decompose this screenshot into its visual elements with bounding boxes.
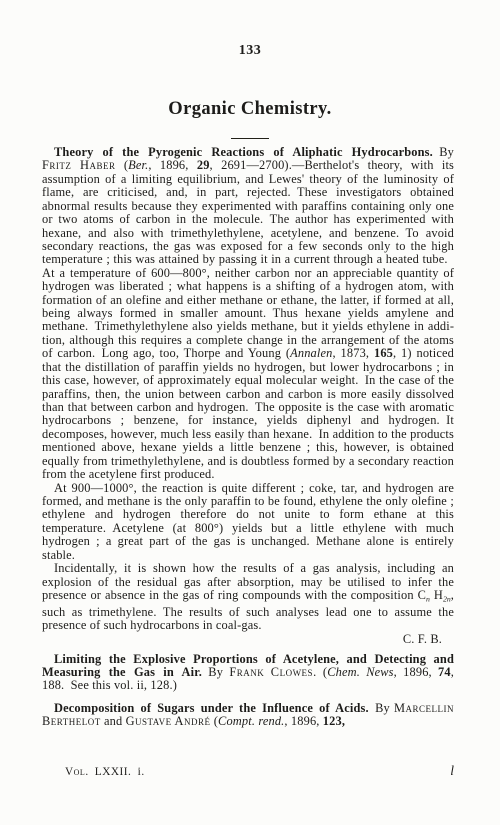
article1-by-label: By	[433, 145, 454, 159]
article3-author-2: Gustave André	[126, 714, 211, 728]
article3-citation-year: , 1896,	[284, 714, 322, 728]
article1-title: Theory of the Pyrogenic Reactions of Ali…	[54, 145, 433, 159]
article1-abstractor-initials: C. F. B.	[42, 633, 454, 646]
article2-by-label: By	[202, 665, 229, 679]
volume-signature: Vol. LXXII. i.	[65, 766, 145, 778]
article1-annalen-volume: 165	[374, 346, 393, 360]
article2-paragraph: Limiting the Explosive Proportions of Ac…	[42, 653, 454, 693]
article1-paragraph-3-run-2: H	[430, 588, 443, 602]
volume-label: Vol. LXXII.	[65, 766, 131, 778]
journal-page: 133 Organic Chemistry. Theory of the Pyr…	[0, 0, 500, 825]
article2-author: Frank Clowes.	[229, 665, 316, 679]
article3-journal-volume: 123,	[323, 714, 345, 728]
article1-paragraph-3: Incidentally, it is shown how the result…	[42, 562, 454, 633]
article1-journal-volume: 29	[197, 158, 210, 172]
page-number: 133	[0, 43, 500, 59]
formula-subscript-2n: 2n	[443, 594, 451, 603]
page-footer: Vol. LXXII. i. l	[65, 763, 454, 779]
article1-journal-name-annalen: Annalen	[290, 346, 332, 360]
article3-author-conjunction: and	[101, 714, 126, 728]
article1-paragraph-2: At 900—1000°, the reaction is quite diff…	[42, 482, 454, 563]
article2-citation-open: (	[317, 665, 328, 679]
article1-author: Fritz Haber	[42, 158, 116, 172]
article1-opening-paragraph: Theory of the Pyrogenic Reactions of Ali…	[42, 146, 454, 482]
article1-citation-open: (	[116, 158, 129, 172]
article2-journal-volume: 74	[438, 665, 451, 679]
article3-by-label: By	[369, 701, 394, 715]
page-content: Theory of the Pyrogenic Reactions of Ali…	[42, 146, 454, 729]
article1-paragraph-2-text: At 900—1000°, the reaction is quite diff…	[42, 481, 454, 562]
article2-journal-name: Chem. News	[327, 665, 393, 679]
section-heading: Organic Chemistry.	[0, 99, 500, 120]
article1-body-run-2: , 1873,	[332, 346, 373, 360]
article3-title: Decomposition of Sugars under the Influe…	[54, 701, 369, 715]
printer-signature-mark: l	[450, 763, 454, 779]
part-label: i.	[131, 766, 144, 778]
heading-rule	[231, 138, 269, 139]
article3-paragraph: Decomposition of Sugars under the Influe…	[42, 702, 454, 729]
article2-citation-year: , 1896,	[394, 665, 438, 679]
article3-journal-name: Compt. rend.	[218, 714, 284, 728]
article1-paragraph-3-run-1: Incidentally, it is shown how the result…	[42, 561, 454, 602]
article1-body-run-1: , 2691—2700).—Berthelot's theory, with i…	[42, 158, 454, 360]
article1-citation-year: , 1896,	[148, 158, 197, 172]
article3-citation-open: (	[211, 714, 219, 728]
article1-journal-name: Ber.	[128, 158, 148, 172]
article1-body-run-3: , 1) noticed that the distillation of pa…	[42, 346, 454, 481]
